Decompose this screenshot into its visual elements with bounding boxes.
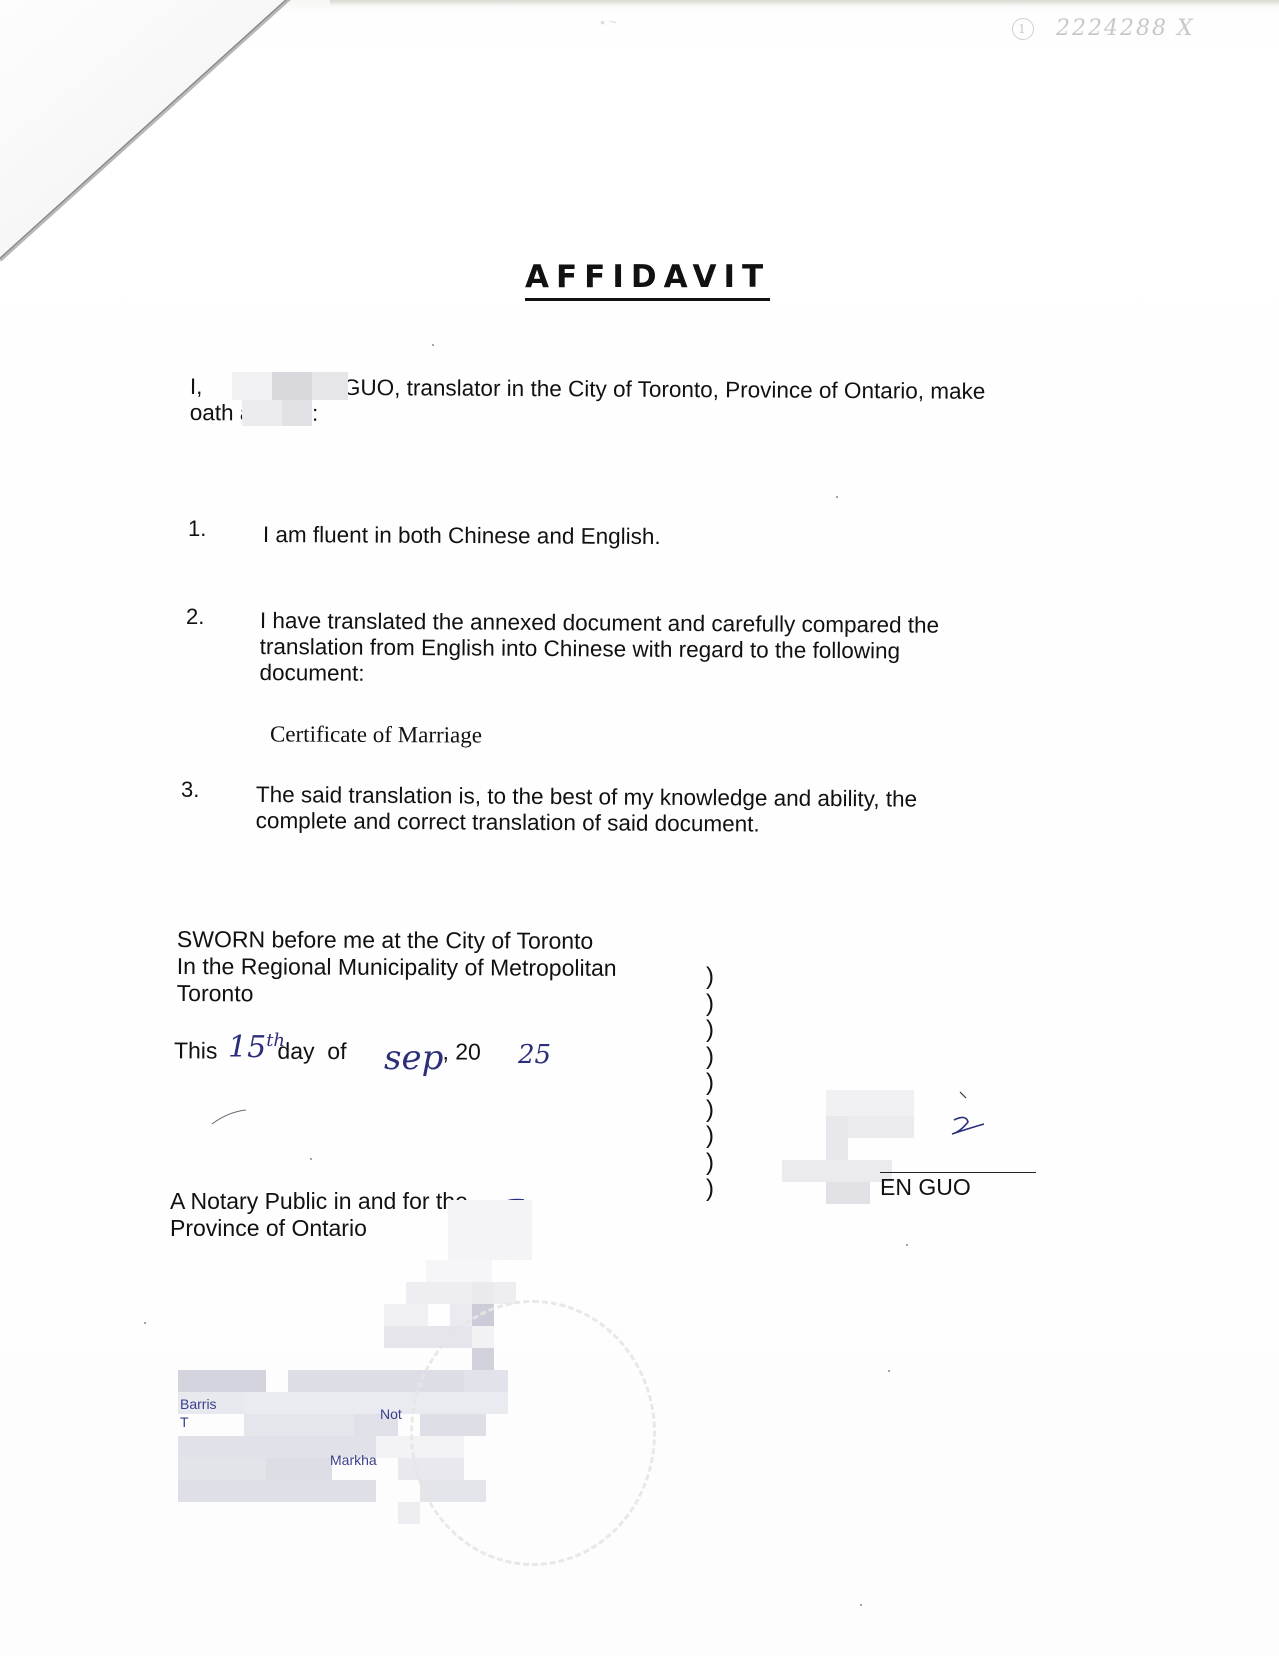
scan-speck [888,1370,890,1372]
scan-speck [836,496,838,498]
notary-line-1: A Notary Public in and for the [170,1188,468,1215]
notary-line-2: Province of Ontario [170,1215,468,1242]
document-page: • ~ 12224288 X AFFIDAVIT I,I GUO, transl… [0,0,1279,1656]
jurat-line-3: Toronto [177,980,617,1009]
item-1-text: I am fluent in both Chinese and English. [263,522,661,550]
day-of-label: day of [277,1038,346,1064]
signatory-name: EN GUO [880,1174,971,1201]
item-3-number: 3. [181,777,199,803]
handwritten-stroke [210,1108,250,1128]
handwritten-day-value: 15 [228,1030,266,1065]
annexed-document-name: Certificate of Marriage [270,721,482,748]
item-1-line-1: I am fluent in both Chinese and English. [263,522,661,550]
item-3-line-2: complete and correct translation of said… [256,808,1016,839]
scan-speck [144,1322,146,1324]
stamp-fragment-3: Not [380,1406,402,1422]
stamp-fragment-4: Markha [330,1452,377,1468]
stamp-fragment-1: Barris [180,1396,217,1412]
reference-handwritten-number: 12224288 X [1012,16,1195,41]
handwritten-month: sep [384,1038,443,1078]
notary-block: A Notary Public in and for the Province … [170,1188,468,1242]
jurat-line-1: SWORN before me at the City of Toronto [177,926,617,955]
handwritten-day: 15th [228,1030,285,1065]
document-title: AFFIDAVIT [525,258,770,301]
handwritten-day-suffix: th [266,1030,285,1051]
signature-line [880,1172,1036,1173]
jurat-block: SWORN before me at the City of Toronto I… [177,926,617,1009]
item-2-text: I have translated the annexed document a… [259,608,1040,691]
jurat-line-2: In the Regional Municipality of Metropol… [177,953,617,982]
year-prefix: , 20 [442,1039,480,1065]
item-2-number: 2. [186,604,204,630]
circled-number: 1 [1012,18,1034,40]
reference-number: 2224288 X [1056,16,1195,41]
scan-speck [432,344,434,346]
bracket-column: ) ) ) ) ) ) ) ) ) [706,964,714,1203]
folded-corner-shadow [0,0,380,300]
item-1-number: 1. [188,516,206,542]
item-2-line-3: document: [259,660,1039,691]
intro-line-1-text: I GUO, translator in the City of Toronto… [330,375,985,404]
item-2-line-2: translation from English into Chinese wi… [260,634,1040,665]
scan-speck [860,1604,862,1606]
stamp-fragment-2: T [180,1414,189,1430]
scan-speck [310,1158,312,1160]
item-3-text: The said translation is, to the best of … [256,782,1016,839]
scan-speck [906,1244,908,1246]
intro-prefix: I, [190,374,203,399]
page-top-edge [330,0,1279,6]
embossed-seal [410,1300,656,1566]
faint-handwritten-mark: • ~ [600,14,617,30]
this-label: This [174,1037,218,1063]
handwritten-year: 25 [518,1040,551,1070]
